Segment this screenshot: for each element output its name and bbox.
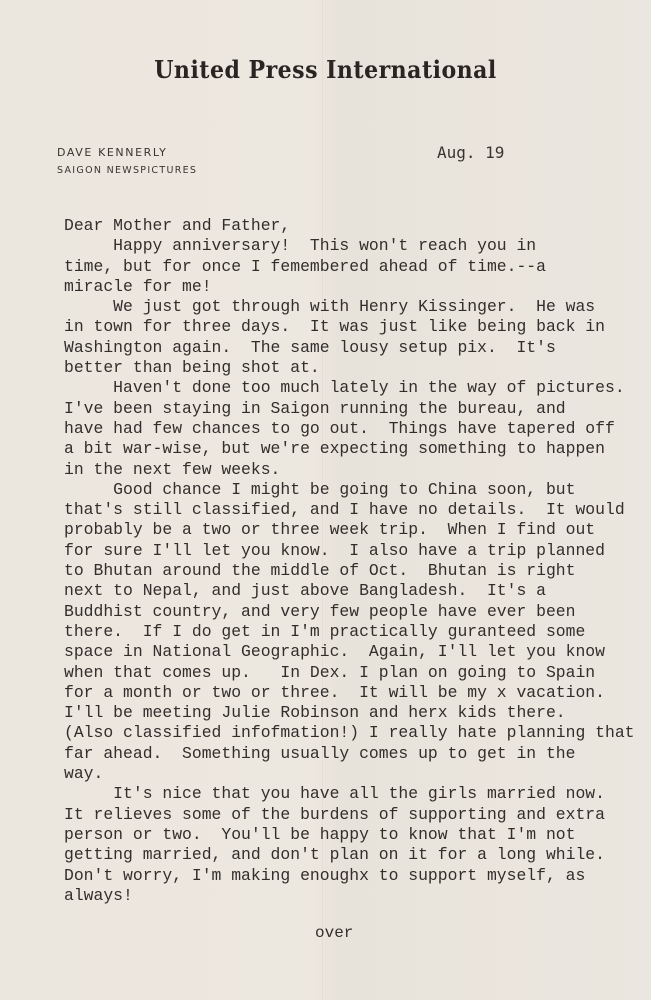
letter-line: when that comes up. In Dex. I plan on go…: [64, 663, 635, 683]
letter-line: far ahead. Something usually comes up to…: [64, 744, 635, 764]
letterhead-title: United Press International: [26, 55, 625, 84]
letter-line: space in National Geographic. Again, I'l…: [64, 642, 635, 662]
sender-block: DAVE KENNERLY SAIGON NEWSPICTURES: [57, 143, 197, 179]
letter-line: getting married, and don't plan on it fo…: [64, 845, 635, 865]
letter-line: Happy anniversary! This won't reach you …: [64, 236, 635, 256]
letter-line: way.: [64, 764, 635, 784]
letter-line: We just got through with Henry Kissinger…: [64, 297, 635, 317]
letter-body: Dear Mother and Father, Happy anniversar…: [64, 216, 635, 906]
letter-line: for a month or two or three. It will be …: [64, 683, 635, 703]
continuation-note: over: [315, 924, 353, 942]
letter-line: I'll be meeting Julie Robinson and herx …: [64, 703, 635, 723]
letter-line: It's nice that you have all the girls ma…: [64, 784, 635, 804]
letter-line: Washington again. The same lousy setup p…: [64, 338, 635, 358]
letter-date: Aug. 19: [437, 143, 504, 162]
letter-line: there. If I do get in I'm practically gu…: [64, 622, 635, 642]
letter-line: next to Nepal, and just above Bangladesh…: [64, 581, 635, 601]
letter-line: to Bhutan around the middle of Oct. Bhut…: [64, 561, 635, 581]
salutation: Dear Mother and Father,: [64, 216, 635, 236]
letter-line: in the next few weeks.: [64, 460, 635, 480]
letter-line: (Also classified infofmation!) I really …: [64, 723, 635, 743]
letter-line: have had few chances to go out. Things h…: [64, 419, 635, 439]
letter-line: person or two. You'll be happy to know t…: [64, 825, 635, 845]
letter-line: a bit war-wise, but we're expecting some…: [64, 439, 635, 459]
letter-line: in town for three days. It was just like…: [64, 317, 635, 337]
sender-office: SAIGON NEWSPICTURES: [57, 163, 197, 179]
letter-line: Don't worry, I'm making enoughx to suppo…: [64, 866, 635, 886]
letter-line: that's still classified, and I have no d…: [64, 500, 635, 520]
letter-line: always!: [64, 886, 635, 906]
letter-line: miracle for me!: [64, 277, 635, 297]
letter-line: time, but for once I femembered ahead of…: [64, 257, 635, 277]
letter-line: Haven't done too much lately in the way …: [64, 378, 635, 398]
letter-line: Good chance I might be going to China so…: [64, 480, 635, 500]
letter-line: better than being shot at.: [64, 358, 635, 378]
letter-line: Buddhist country, and very few people ha…: [64, 602, 635, 622]
letter-line: I've been staying in Saigon running the …: [64, 399, 635, 419]
letter-line: for sure I'll let you know. I also have …: [64, 541, 635, 561]
letter-line: It relieves some of the burdens of suppo…: [64, 805, 635, 825]
sender-name: DAVE KENNERLY: [57, 143, 197, 163]
letter-line: probably be a two or three week trip. Wh…: [64, 520, 635, 540]
